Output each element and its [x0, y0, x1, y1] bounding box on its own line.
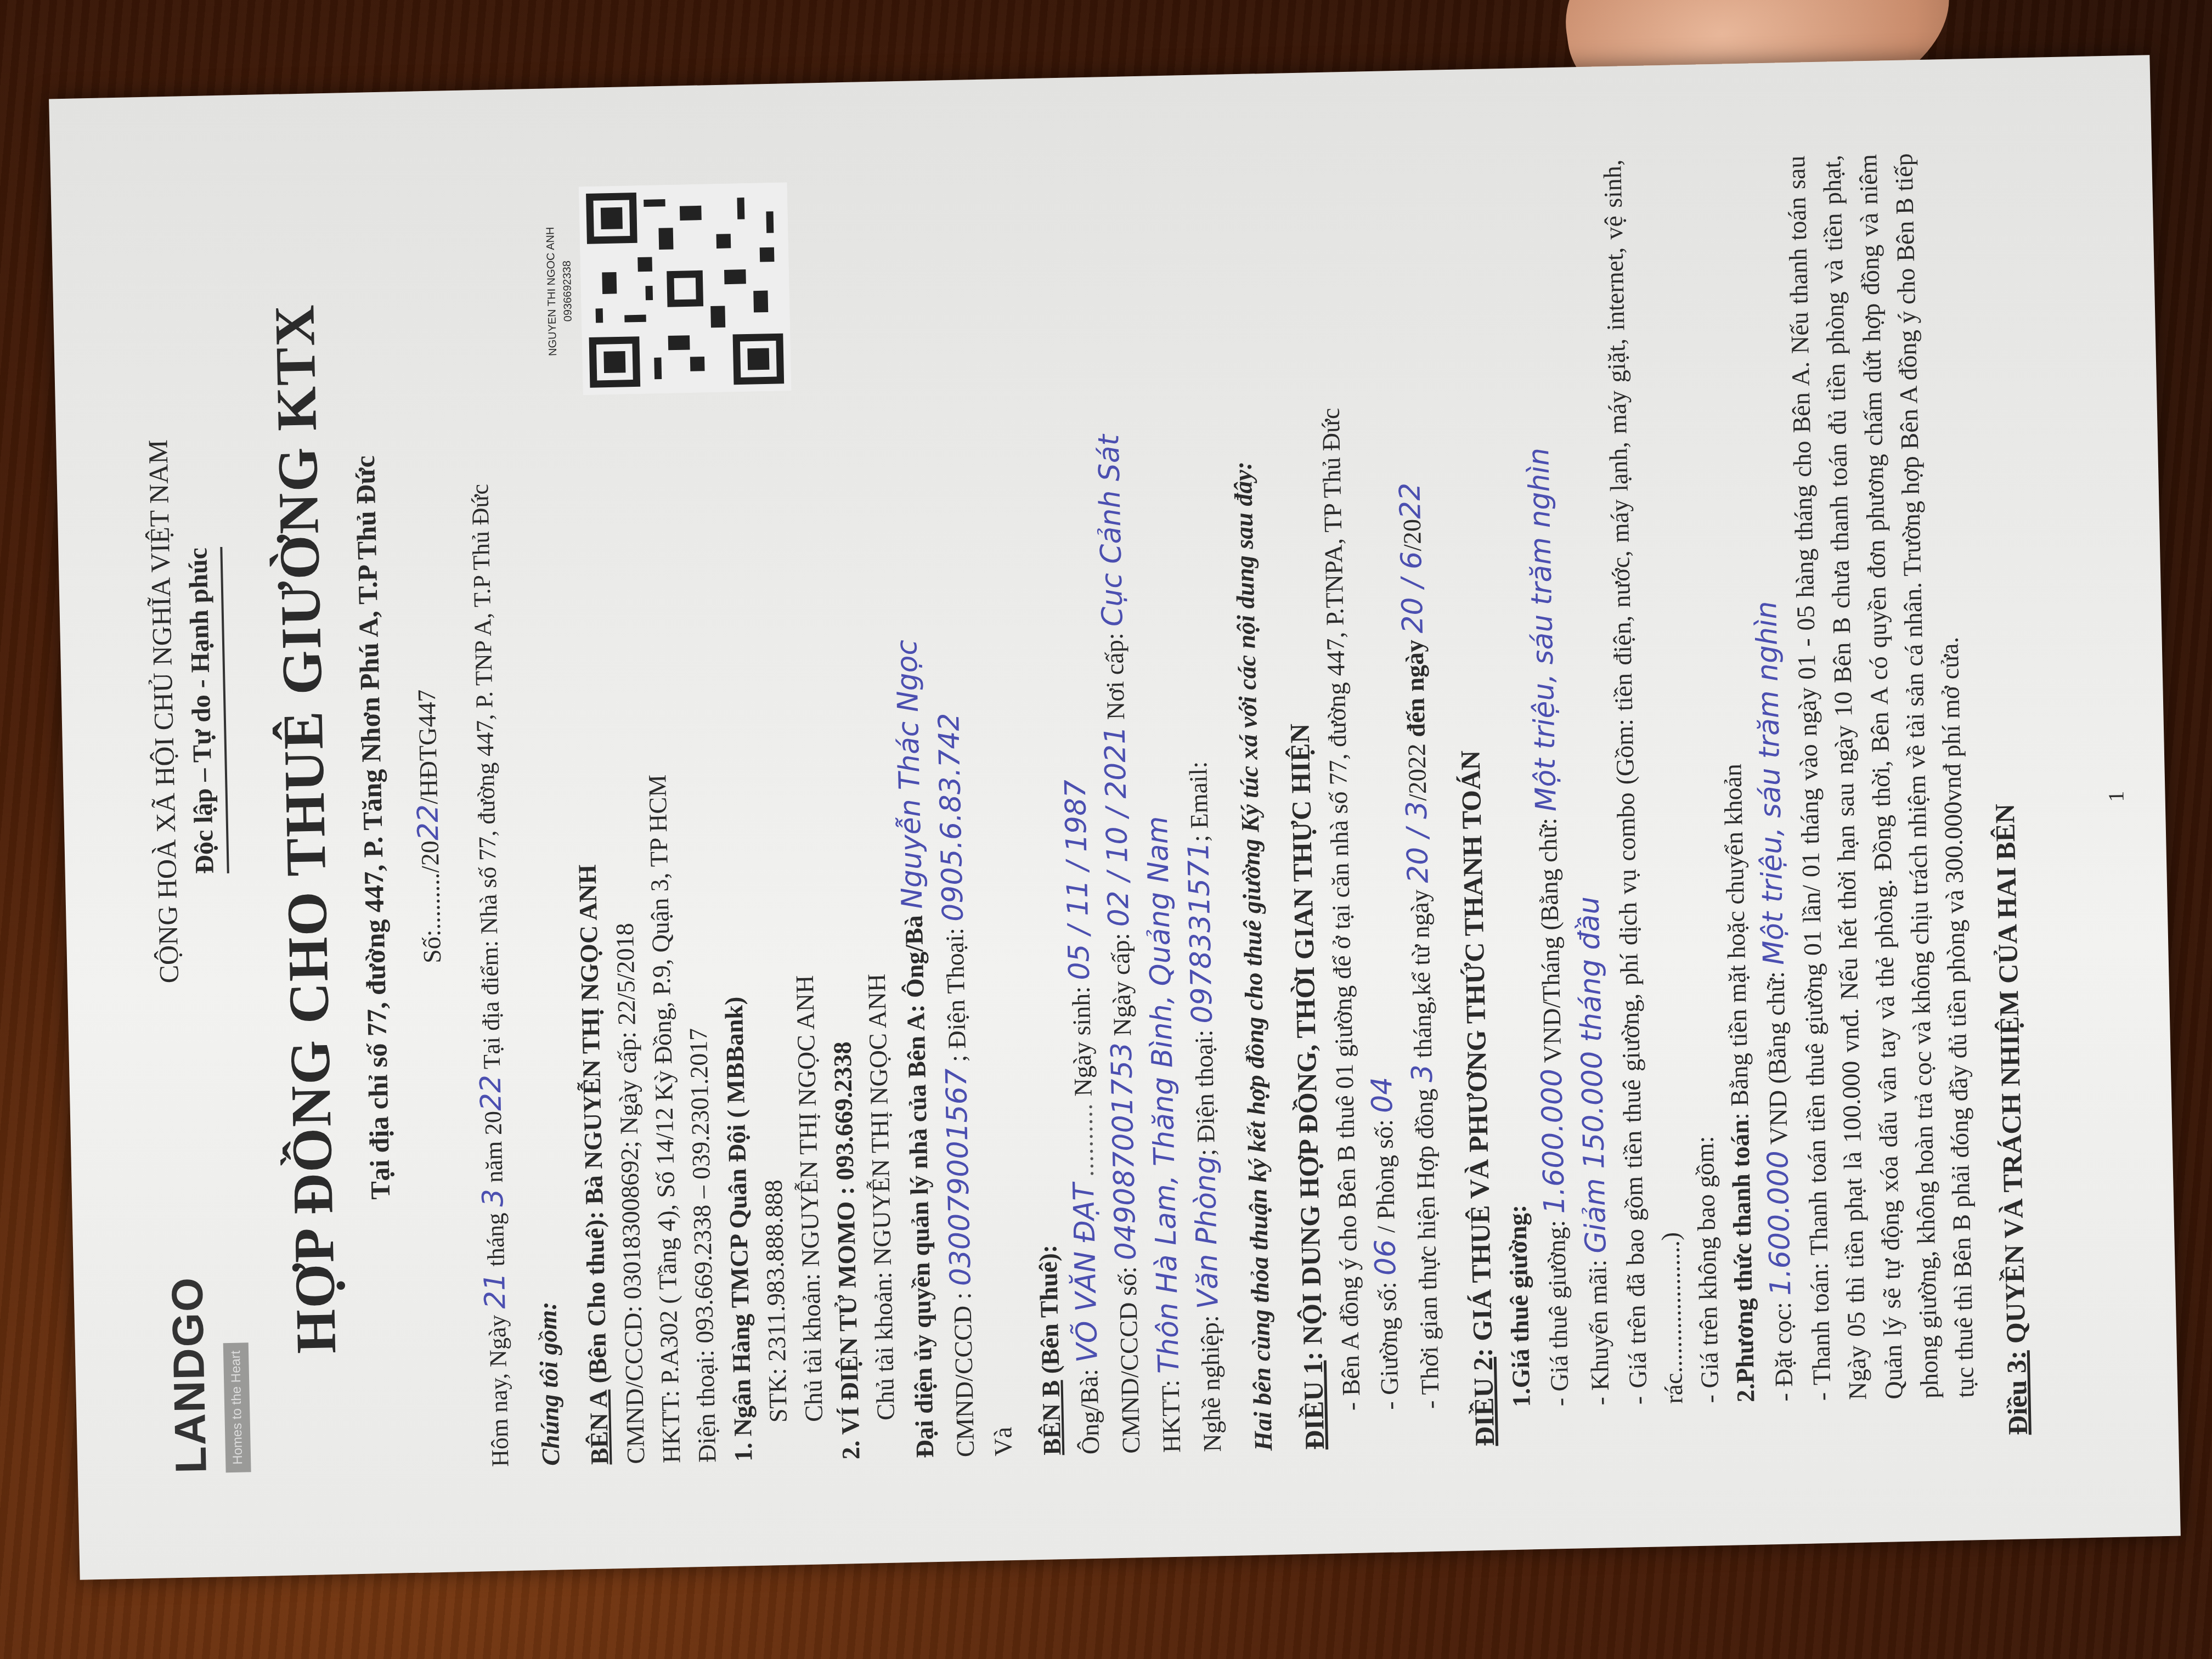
deposit-label: - Đặt cọc:: [1768, 1302, 1798, 1402]
article-3-title: QUYỀN VÀ TRÁCH NHIỆM CỦA HAI BÊN: [1989, 803, 2031, 1351]
from-label: tháng,kể từ ngày: [1406, 889, 1437, 1058]
intro-prefix: Hôm nay, Ngày: [484, 1314, 514, 1467]
promo-value: Giảm 150.000 tháng đầu: [1572, 896, 1613, 1254]
payment-qr-block: NGUYEN THI NGOC ANH 0936692338: [542, 177, 801, 402]
party-b-id-label: CMND/CCCD số:: [1113, 1266, 1145, 1454]
rep-label: Đại diện ủy quyền quản lý nhà của Bên A:…: [900, 915, 939, 1458]
party-b-heading: BÊN B: [1037, 1380, 1066, 1455]
party-b-dob: 05 / 11 / 1987: [1059, 779, 1097, 980]
party-b-heading-rest: (Bên Thuê):: [1034, 1244, 1064, 1374]
bed-number: 06: [1369, 1239, 1403, 1276]
party-b-phone-label: Điện thoại:: [1189, 1030, 1220, 1143]
party-b-issue-date: 02 / 10 / 2021: [1099, 726, 1136, 927]
duration-label: - Thời gian thực hiện Hợp đồng: [1410, 1088, 1444, 1409]
rep-phone: 0905.6.83.742: [933, 713, 970, 922]
party-b-issue-place: Cục Cảnh Sát: [1093, 434, 1130, 627]
intro-month: 3: [477, 1188, 510, 1207]
intro-year-label: năm 20: [479, 1111, 508, 1183]
party-b-issue-place-label: Nơi cấp:: [1100, 633, 1130, 720]
party-a-heading: BÊN A: [584, 1390, 614, 1465]
article-1-label: ĐIỀU 1: [1297, 1361, 1330, 1451]
contract-no-prefix: Số:........./20: [416, 840, 447, 964]
party-b-job-label: Nghề nghiệp:: [1195, 1315, 1226, 1452]
party-b-phone: 0978331571: [1182, 842, 1219, 1024]
party-a-heading-rest: (Bên Cho thuê): Bà NGUYỄN THỊ NGỌC ANH: [573, 864, 612, 1384]
rep-phone-label: Điện Thoại:: [940, 928, 971, 1049]
article-2-title: : GIÁ THUÊ VÀ PHƯƠNG THỨC THANH TOÁN: [1455, 750, 1498, 1357]
national-motto: CỘNG HOÀ XÃ HỘI CHỦ NGHĨA VIỆT NAM Độc l…: [133, 189, 237, 1233]
duration-months: 3: [1406, 1064, 1440, 1082]
payment-method: : Bằng tiền mặt hoặc chuyển khoản: [1718, 764, 1754, 1120]
page-number: 1: [2086, 55, 2148, 1537]
party-b-section: BÊN B (Bên Thuê): Ông/Bà: VÕ VĂN ĐẠT ...…: [1007, 168, 1232, 1455]
party-b-email-label: ; Email:: [1184, 761, 1214, 842]
start-date: 20 / 3: [1401, 800, 1435, 883]
article-3-heading: Điều 3: QUYỀN VÀ TRÁCH NHIỆM CỦA HAI BÊN: [1972, 151, 2038, 1436]
nation-line-2: Độc lập – Tự do - Hạnh phúc: [179, 547, 229, 874]
end-year: 22: [1394, 482, 1427, 519]
room-label: / Phòng số:: [1370, 1119, 1400, 1233]
rep-id-label: CMND/CCCD :: [948, 1292, 979, 1457]
deposit-words: Một triệu, sáu trăm nghìn: [1750, 601, 1791, 966]
rent-price: 1.600.000: [1536, 1068, 1572, 1214]
article-3-label: Điều 3:: [2000, 1350, 2033, 1435]
document-header: LANDGO Homes to the Heart CỘNG HOÀ XÃ HỘ…: [133, 189, 251, 1474]
to-label: đến ngày: [1401, 640, 1431, 738]
room-number: 04: [1365, 1076, 1399, 1113]
promo-label: - Khuyến mãi:: [1583, 1260, 1615, 1406]
logo-tagline: Homes to the Heart: [223, 1342, 251, 1472]
payment-heading: 2.Phương thức thanh toán: [1726, 1119, 1760, 1402]
party-a-id-date: ; Ngày cấp: 22/5/2018: [610, 923, 643, 1148]
intro-month-label: tháng: [482, 1212, 510, 1267]
price-words: Một triệu, sáu trăm nghìn: [1522, 448, 1563, 812]
rep-id: 030079001567: [940, 1068, 977, 1286]
price-unit: VND/Tháng (Bằng chữ:: [1534, 817, 1567, 1063]
contract-no-suffix: /HĐTG447: [413, 689, 443, 805]
party-b-job: Văn Phòng: [1189, 1155, 1225, 1309]
contract-number: Số:........./2022/HĐTG447: [396, 184, 463, 1469]
bed-label: - Giường số:: [1373, 1282, 1404, 1410]
rep-name: Nguyễn Thác Ngọc: [890, 639, 929, 909]
party-b-dob-label: Ngày sinh:: [1067, 986, 1097, 1097]
party-b-issue-date-label: Ngày cấp:: [1107, 933, 1137, 1036]
article-2-label: ĐIỀU 2: [1468, 1357, 1500, 1447]
end-date: 20 / 6: [1395, 551, 1430, 634]
landgo-logo: LANDGO Homes to the Heart: [156, 1276, 251, 1474]
start-year: /2022: [1402, 743, 1431, 802]
contract-no-year: 22: [412, 804, 445, 840]
intro-day: 21: [478, 1272, 512, 1309]
party-b-address: Thôn Hà Lam, Thăng Bình, Quảng Nam: [1141, 816, 1186, 1374]
price-label: - Giá thuê giường:: [1542, 1220, 1574, 1407]
deposit-unit: VND (Bằng chữ:: [1761, 971, 1793, 1145]
payment-terms: - Thanh toán: Thanh toán tiền thuê giườn…: [1778, 153, 1984, 1440]
party-b-address-label: HKTT:: [1156, 1379, 1186, 1453]
party-b-name: VÕ VĂN ĐẠT: [1068, 1183, 1104, 1363]
party-a-id: CMND/CCCD: 030183008692: [615, 1148, 650, 1464]
party-b-name-label: Ông/Bà:: [1075, 1369, 1104, 1455]
intro-location: Tại địa điểm: Nhà số 77, đường 447, P. T…: [466, 484, 505, 1069]
logo-text: LANDGO: [156, 1276, 222, 1474]
end-year-prefix: /20: [1398, 518, 1426, 551]
qr-code-icon: [579, 182, 792, 395]
document-title: HỢP ĐỒNG CHO THUÊ GIƯỜNG KTX: [251, 187, 359, 1472]
intro-year: 22: [475, 1074, 508, 1111]
party-b-id: 049087001753: [1105, 1042, 1143, 1260]
contract-page: LANDGO Homes to the Heart CỘNG HOÀ XÃ HỘ…: [49, 55, 2181, 1580]
deposit-amount: 1.600.000: [1762, 1150, 1798, 1296]
